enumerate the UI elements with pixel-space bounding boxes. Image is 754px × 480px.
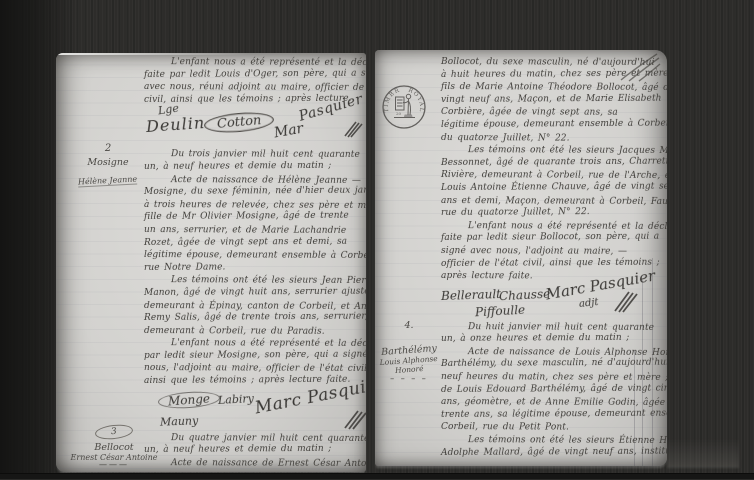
signature-mar: Mar xyxy=(273,121,305,142)
svg-text:TIMBRE: TIMBRE xyxy=(381,84,401,113)
signature-deulin: Deulin xyxy=(145,113,205,136)
manuscript-line: Remy Salis, âgé de trente trois ans, ser… xyxy=(144,311,366,325)
manuscript-line: de Louis Edouard Barthélémy, âgé de ving… xyxy=(441,382,665,396)
manuscript-line: Rozet, âgée de vingt sept ans et demi, s… xyxy=(144,235,366,249)
manuscript-line: du quatorze Juillet, N° 22. xyxy=(441,132,665,146)
manuscript-line: faite par ledit sieur Bollocot, son père… xyxy=(441,231,665,245)
signature-adjoint-title: adjt xyxy=(578,297,599,310)
birth-act-paragraph: Acte de naissance de Hélène Jeanne —Mosi… xyxy=(144,174,366,275)
birth-act-opening-line: Acte de naissance de Ernest César Antoin… xyxy=(144,457,366,470)
manuscript-line: Louis Antoine Étienne Chauve, âgé de vin… xyxy=(441,181,665,195)
left-page-text-column: L'enfant nous a été représenté et la déc… xyxy=(144,56,366,469)
margin-note-given-names: Hélène Jeanne xyxy=(78,174,138,187)
witnesses-paragraph: Les témoins ont été les sieurs Jacques M… xyxy=(441,144,665,220)
stamp-value-text: 20 xyxy=(396,111,402,116)
manuscript-line: un, à neuf heures et demie du matin ; xyxy=(144,160,366,174)
signature-monge-circled: Monge xyxy=(158,390,221,410)
paraph-flourish-icon xyxy=(342,120,364,142)
signature-block-1: Lge Deulin Cotton Mar Pasquier xyxy=(144,106,366,148)
act-number-oval: 3 xyxy=(94,423,133,441)
stamp-arc-right-text: ROYAL xyxy=(407,88,424,113)
timbre-royal-stamp-icon: TIMBRE ROYAL 20 xyxy=(381,84,427,130)
manuscript-line: un, à neuf heures et demie du matin ; xyxy=(144,443,366,457)
act-date-paragraph: Du huit janvier mil huit cent quaranteun… xyxy=(441,321,665,346)
manuscript-line: Barthélémy, du sexe masculin, né d'aujou… xyxy=(441,357,665,371)
scan-bottom-band xyxy=(0,473,754,480)
underlying-page-edge xyxy=(667,438,739,468)
manuscript-line: Acte de naissance de Ernest César Antoin… xyxy=(144,457,366,471)
margin-note-surname: Mosigne xyxy=(72,157,144,168)
closing-paragraph: L'enfant nous a été représenté et la déc… xyxy=(144,337,366,387)
signature-block-2: Monge Labiry Marc Pasquier Mauny xyxy=(144,388,366,432)
stamp-arc-left-text: TIMBRE xyxy=(381,84,401,113)
manuscript-line: par ledit sieur Mosigne, son père, qui a… xyxy=(144,349,366,363)
signature-piffoulle: Piffoulle xyxy=(475,302,526,319)
manuscript-line: rue Notre Dame. xyxy=(144,260,366,274)
manuscript-line: un, à onze heures et demie du matin ; xyxy=(441,332,665,346)
manuscript-line: à huit heures du matin, chez ses père et… xyxy=(441,67,665,81)
manuscript-line: fille de Mr Olivier Mosigne, âgé de tren… xyxy=(144,210,366,224)
right-page: TIMBRE ROYAL 20 xyxy=(375,50,667,466)
manuscript-line: Mosigne, du sexe féminin, née d'hier deu… xyxy=(144,185,366,199)
manuscript-line: Manon, âgé de vingt huit ans, serrurier … xyxy=(144,286,366,300)
witnesses-paragraph: Les témoins ont été les sieurs Jean Pier… xyxy=(144,274,366,337)
manuscript-line: rue du quatorze Juillet, N° 22. xyxy=(441,206,665,220)
paraph-flourish-icon xyxy=(342,408,366,434)
margin-note-act-4: 4. Barthélémy Louis Alphonse Honoré – – … xyxy=(377,320,441,383)
manuscript-line: légitime épouse, demeurant ensemble à Co… xyxy=(441,118,665,132)
act-date-paragraph: Du quatre janvier mil huit cent quarante… xyxy=(144,432,366,457)
birth-act-continuation-paragraph: Bollocot, du sexe masculin, né d'aujourd… xyxy=(441,56,665,144)
right-page-text-column: Bollocot, du sexe masculin, né d'aujourd… xyxy=(441,56,665,459)
scanned-register-spread: 2 Mosigne Hélène Jeanne 3 Bellocot Ernes… xyxy=(0,0,754,480)
paraph-flourish-icon xyxy=(613,289,639,317)
signature-labiry: Labiry xyxy=(218,392,255,407)
margin-note-act-2: 2 Mosigne Hélène Jeanne xyxy=(72,143,144,187)
manuscript-line: vingt neuf ans, Maçon, et de Marie Elisa… xyxy=(441,92,665,106)
act-date-paragraph: Du trois janvier mil huit cent quaranteu… xyxy=(144,148,366,173)
birth-act-paragraph: Acte de naissance de Louis Alphonse Hono… xyxy=(441,346,665,434)
manuscript-line: Adolphe Mallard, âgé de vingt neuf ans, … xyxy=(441,445,665,459)
signature-cotton-circled: Cotton xyxy=(203,110,275,135)
manuscript-line: faite par ledit Louis d'Oger, son père, … xyxy=(144,67,366,81)
act-number: 2 xyxy=(72,143,144,154)
act-number: 4. xyxy=(377,320,441,331)
manuscript-line: officier de l'état civil, ainsi que les … xyxy=(441,256,665,270)
signature-bellerault: Bellerault xyxy=(441,287,501,303)
svg-text:ROYAL: ROYAL xyxy=(407,88,424,113)
signature-chausse: Chausse xyxy=(499,286,551,303)
signature-block-3: Bellerault Chausse Marc Pasquier adjt Pi… xyxy=(441,283,665,321)
manuscript-line: Bessonnet, âgé de quarante trois ans, Ch… xyxy=(441,155,665,169)
signature-mauny: Mauny xyxy=(160,414,199,428)
manuscript-line: Corbeil, rue du Petit Pont. xyxy=(441,421,665,435)
manuscript-line: trente ans, sa légitime épouse, demeuran… xyxy=(441,407,665,421)
left-page: 2 Mosigne Hélène Jeanne 3 Bellocot Ernes… xyxy=(56,53,366,472)
margin-note-given-names: Louis Alphonse Honoré xyxy=(376,354,441,376)
witnesses-paragraph: Les témoins ont été les sieurs Étienne H… xyxy=(441,434,665,459)
